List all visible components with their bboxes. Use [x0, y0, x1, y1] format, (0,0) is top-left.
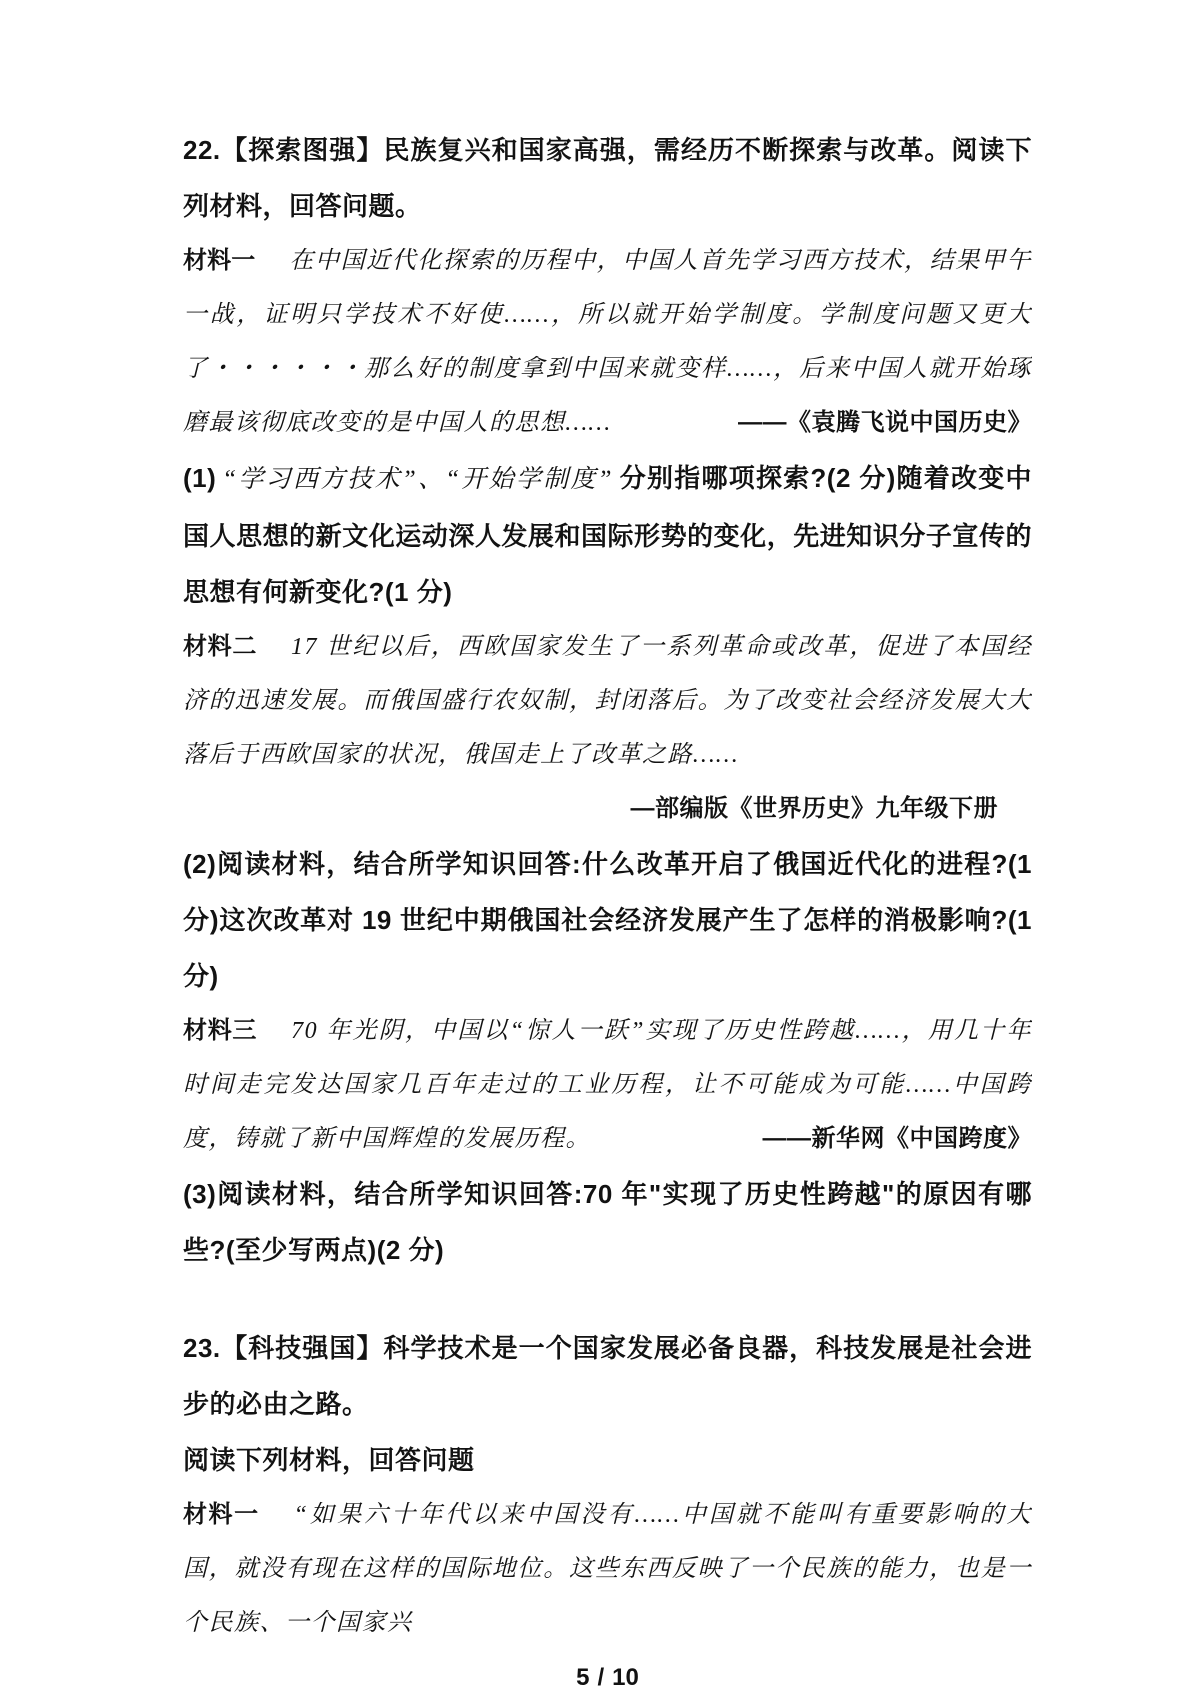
q23-material-1-label: 材料一 [183, 1501, 260, 1528]
q22-material-2-text: 17 世纪以后，西欧国家发生了一系列革命或改革，促进了本国经济的迅速发展。而俄国… [183, 634, 1032, 768]
question-23-heading: 23.【科技强国】科学技术是一个国家发展必备良器，科技发展是社会进步的必由之路。 [183, 1320, 1032, 1432]
q22-material-3-attribution: ——新华网《中国跨度》 [763, 1112, 1033, 1166]
q22-subquestion-3: (3)阅读材料，结合所学知识回答:70 年"实现了历史性跨越"的原因有哪些?(至… [183, 1166, 1032, 1278]
q22-material-2-attribution: —部编版《世界历史》九年级下册 [631, 782, 999, 836]
q22-subquestion-1-prefix: (1) [183, 463, 216, 493]
q23-material-1-text: “如果六十年代以来中国没有……中国就不能叫有重要影响的大国，就没有现在这样的国际… [183, 1502, 1032, 1636]
q22-subquestion-1: (1)“学习西方技术”、“开始学制度”分别指哪项探索?(2 分)随着改变中国人思… [183, 450, 1032, 620]
q23-material-1: 材料一“如果六十年代以来中国没有……中国就不能叫有重要影响的大国，就没有现在这样… [183, 1488, 1032, 1650]
page-number-total: 10 [612, 1650, 639, 1698]
q22-material-1-label: 材料一 [183, 247, 255, 274]
q22-material-1-attribution: ——《袁腾飞说中国历史》 [738, 396, 1032, 450]
q22-material-3-label: 材料三 [183, 1017, 257, 1044]
q22-material-2-label: 材料二 [183, 633, 257, 660]
q22-material-3: 材料三70 年光阴，中国以“惊人一跃”实现了历史性跨越……，用几十年时间走完发达… [183, 1004, 1032, 1166]
q22-subquestion-2: (2)阅读材料，结合所学知识回答:什么改革开启了俄国近代化的进程?(1 分)这次… [183, 836, 1032, 1004]
page-number-current: 5 [576, 1650, 589, 1698]
question-22-heading: 22.【探索图强】民族复兴和国家高强，需经历不断探索与改革。阅读下列材料，回答问… [183, 122, 1032, 234]
q22-subquestion-1-quote: “学习西方技术”、“开始学制度” [222, 466, 613, 493]
q22-material-1: 材料一在中国近代化探索的历程中，中国人首先学习西方技术，结果甲午一战，证明只学技… [183, 234, 1032, 450]
page-content: 22.【探索图强】民族复兴和国家高强，需经历不断探索与改革。阅读下列材料，回答问… [0, 0, 1200, 1698]
page-footer: 5/10 [183, 1650, 1032, 1698]
page-number-separator: / [597, 1650, 604, 1698]
q22-material-2: 材料二17 世纪以后，西欧国家发生了一系列革命或改革，促进了本国经济的迅速发展。… [183, 620, 1032, 836]
question-23-subheading: 阅读下列材料，回答问题 [183, 1432, 1032, 1488]
